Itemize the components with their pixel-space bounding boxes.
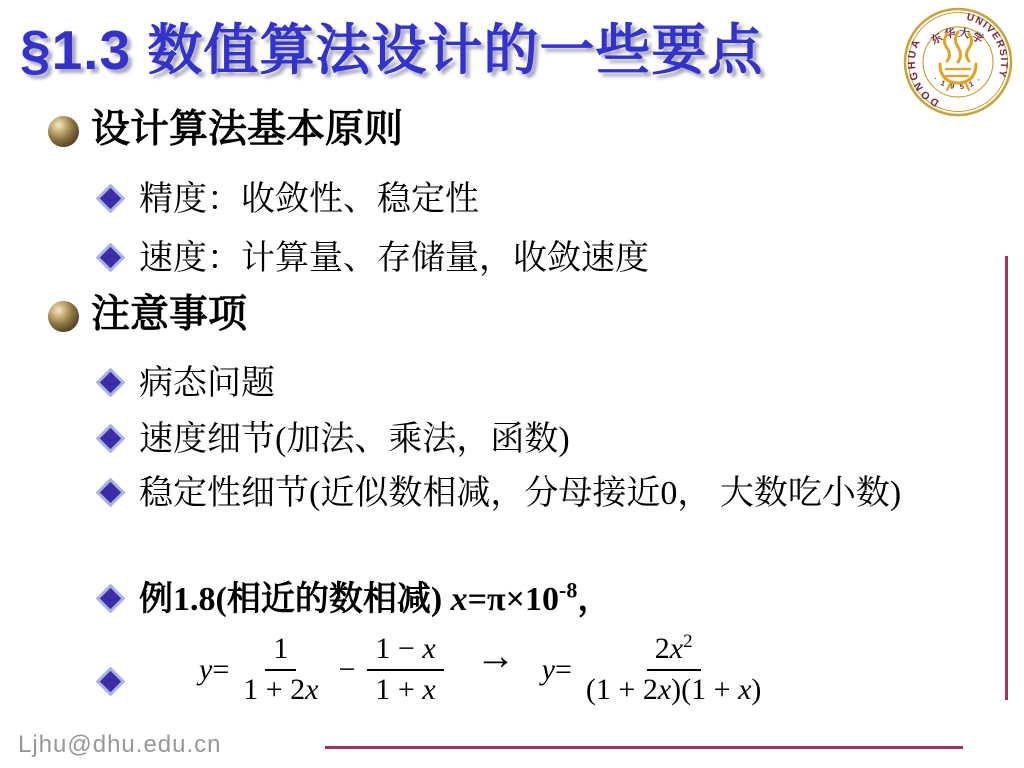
bullet-item-notes: 注意事项 <box>48 293 247 338</box>
diamond-bullet-icon <box>96 243 126 273</box>
page-title: §1.3 数值算法设计的一些要点 <box>20 6 900 85</box>
sub-bullet-item-example-1-8: 例1.8(相近的数相减) x=π×10-8， <box>96 576 611 624</box>
slide: §1.3 数值算法设计的一些要点 DONGHUA UNIVERSITY 东华大学… <box>0 0 1024 768</box>
sphere-bullet-icon <box>48 116 79 147</box>
sub-bullet-item-speed: 速度：计算量、存储量，收敛速度 <box>96 235 649 283</box>
sub-bullet-text: 速度：计算量、存储量，收敛速度 <box>139 235 649 283</box>
sub-bullet-item-illconditioned: 病态问题 <box>96 360 275 408</box>
sub-bullet-text: 精度：收敛性、稳定性 <box>139 176 479 224</box>
diamond-bullet-icon <box>96 424 126 454</box>
fraction-3: 2x2 (1 + 2x)(1 + x) <box>578 632 769 707</box>
diamond-bullet-icon <box>96 584 126 614</box>
sphere-bullet-icon <box>48 301 79 332</box>
example-var-x: x <box>451 581 468 618</box>
example-prefix: 例1.8(相近的数相减) <box>139 581 451 618</box>
sub-bullet-text: 病态问题 <box>139 360 275 408</box>
sub-bullet-text: 速度细节(加法、乘法，函数) <box>139 416 570 464</box>
fraction-1: 1 1 + 2x <box>235 632 326 707</box>
bullet-item-design-principles: 设计算法基本原则 <box>48 108 403 153</box>
footer-email: Ljhu@dhu.edu.cn <box>18 731 222 759</box>
formula-right-lhs: y <box>542 653 555 687</box>
formula-left: y = 1 1 + 2x − 1 − x 1 + x <box>199 632 450 707</box>
sub-bullet-item-speed-details: 速度细节(加法、乘法，函数) <box>96 416 570 464</box>
arrow-icon: → <box>476 636 516 676</box>
footer-divider-line <box>325 746 963 749</box>
sub-bullet-item-stability-details: 稳定性细节(近似数相减，分母接近0， 大数吃小数) <box>96 470 1001 518</box>
bullet-text: 设计算法基本原则 <box>91 108 403 153</box>
university-seal-logo: DONGHUA UNIVERSITY 东华大学 · 1 9 5 1 · <box>902 6 1014 118</box>
diamond-bullet-icon <box>96 184 126 214</box>
diamond-bullet-icon <box>96 368 126 398</box>
sub-bullet-item-accuracy: 精度：收敛性、稳定性 <box>96 176 479 224</box>
diamond-bullet-icon <box>96 478 126 508</box>
bullet-text: 注意事项 <box>91 293 247 338</box>
example-comma: ， <box>577 581 611 618</box>
example-pi: π <box>487 581 506 618</box>
sub-bullet-text: 稳定性细节(近似数相减，分母接近0， 大数吃小数) <box>139 470 901 518</box>
formula-left-equals: = <box>212 653 229 687</box>
right-accent-line <box>1005 256 1008 700</box>
example-times: × <box>506 581 525 618</box>
formula-right: y = 2x2 (1 + 2x)(1 + x) <box>542 632 776 707</box>
formula-right-equals: = <box>555 653 572 687</box>
fraction-2: 1 − x 1 + x <box>367 632 443 707</box>
example-equals: = <box>468 581 487 618</box>
example-base: 10 <box>525 581 559 618</box>
minus-operator: − <box>339 653 356 687</box>
diamond-bullet-icon <box>96 667 126 697</box>
example-text: 例1.8(相近的数相减) x=π×10-8， <box>139 576 611 624</box>
formula-left-lhs: y <box>199 653 212 687</box>
example-exponent: -8 <box>559 578 577 603</box>
formula-row: y = 1 1 + 2x − 1 − x 1 + x → y = 2x2 (1 … <box>96 632 775 707</box>
